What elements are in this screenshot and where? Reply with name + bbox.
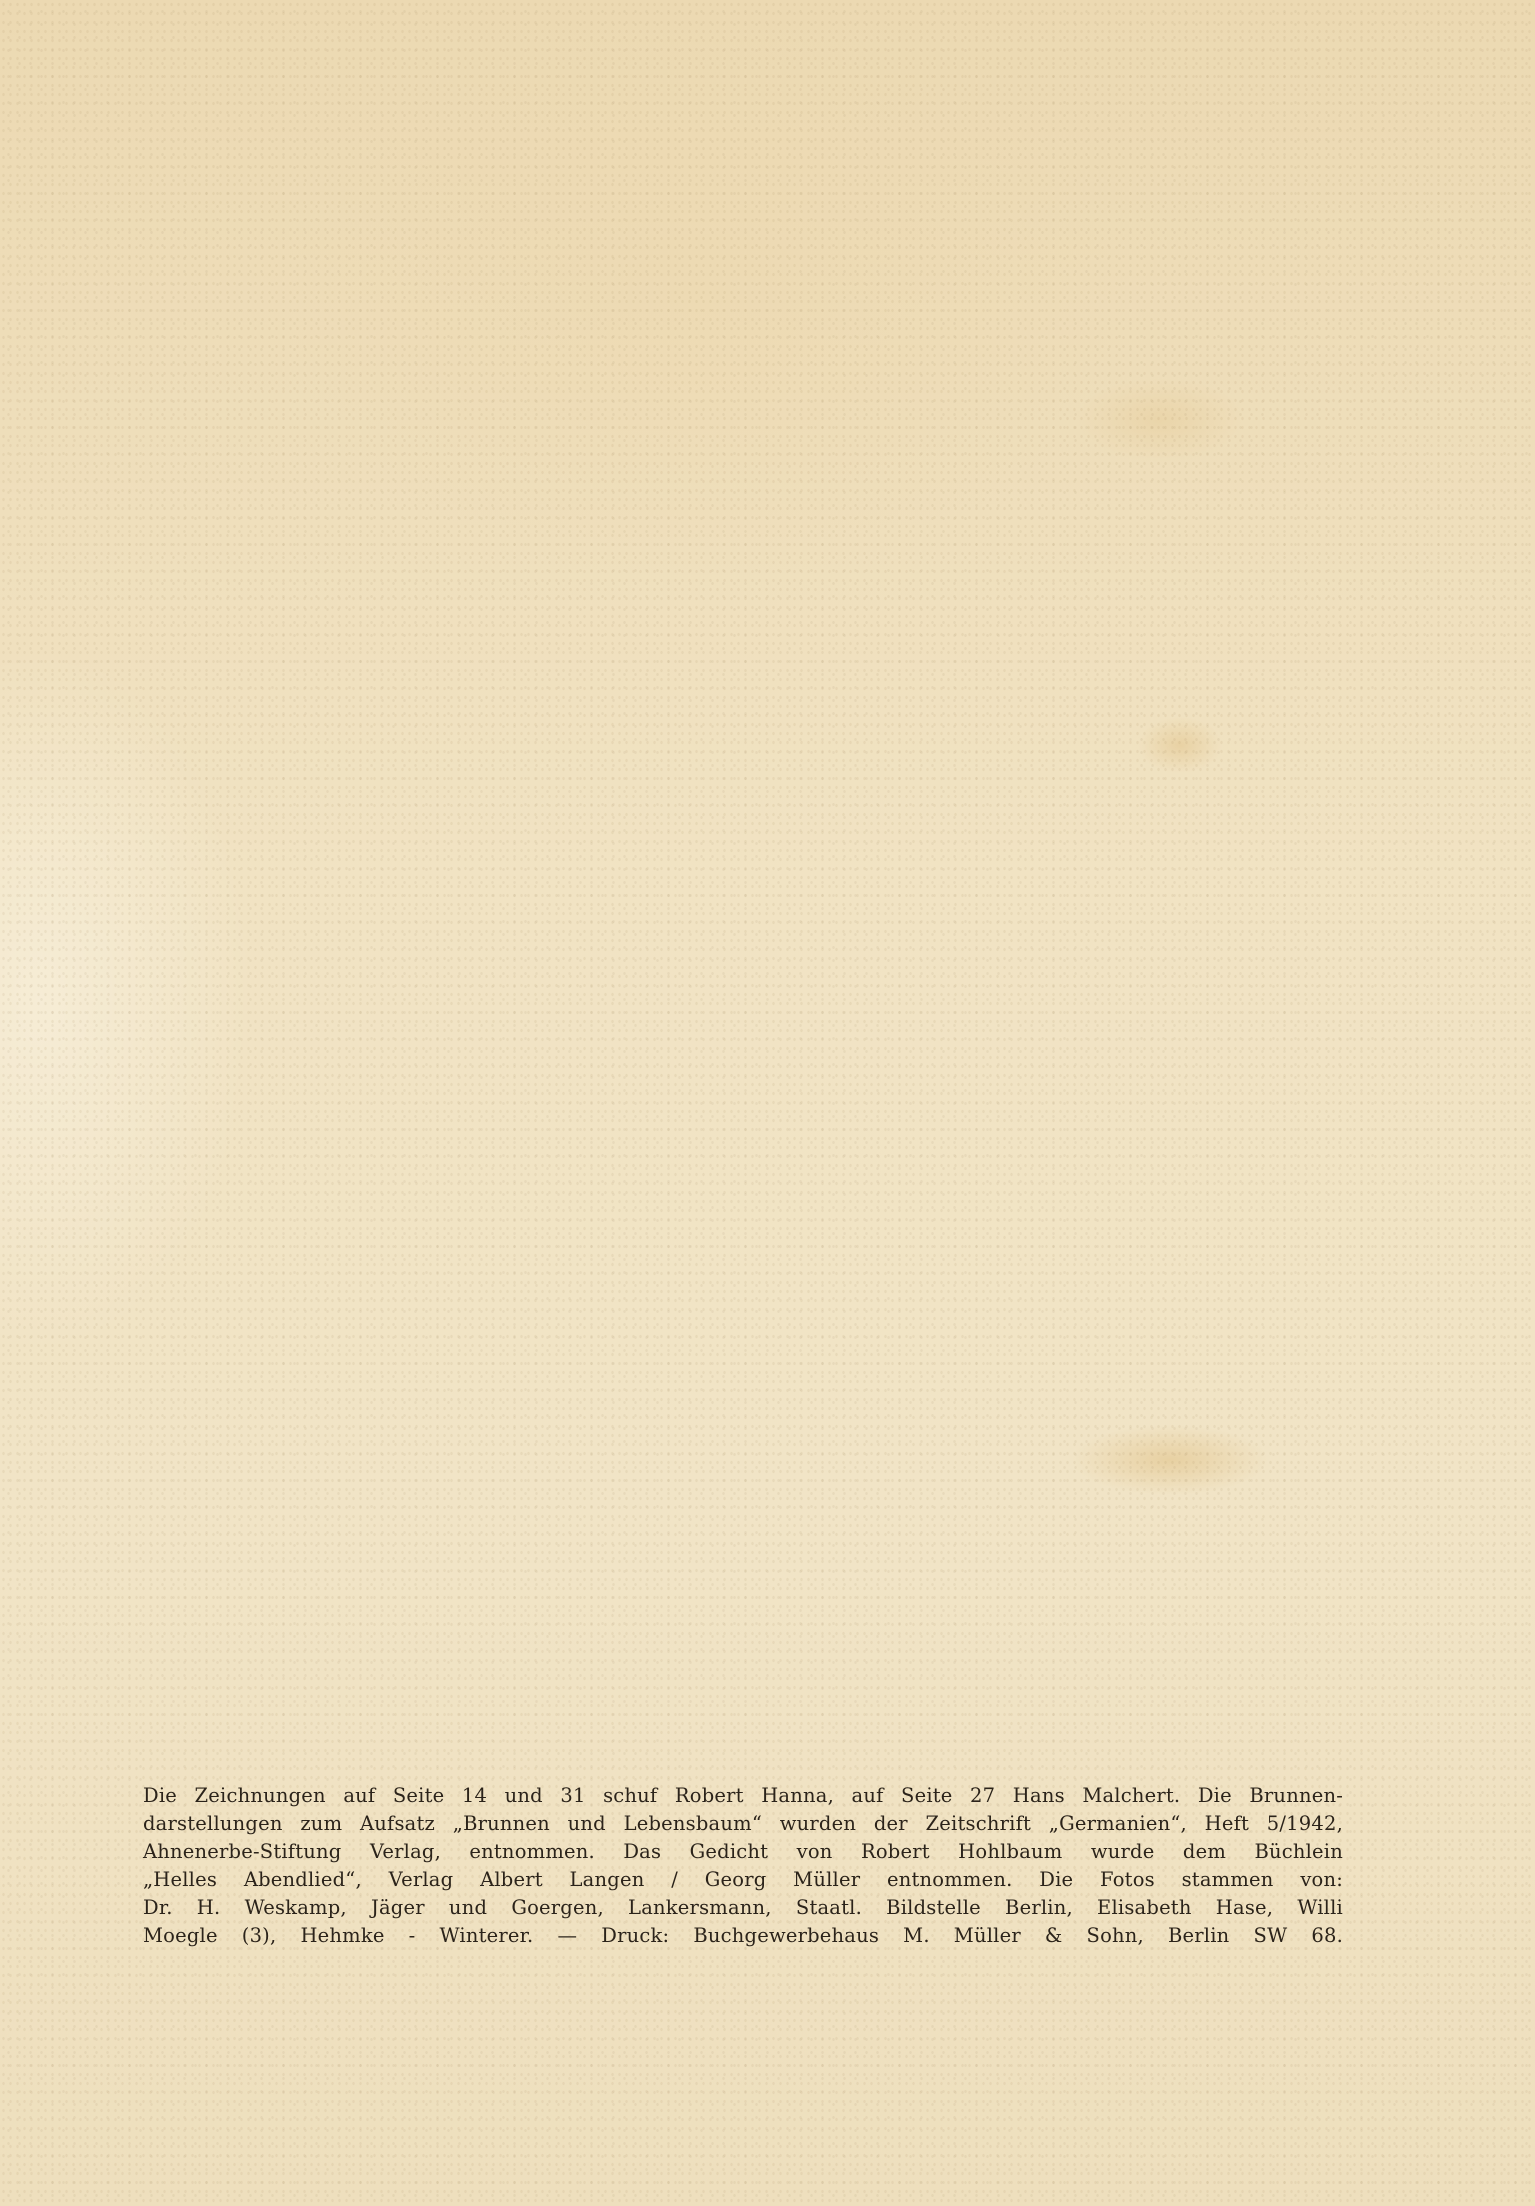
credits-line-4: „Helles Abendlied“, Verlag Albert Langen… <box>143 1866 1343 1894</box>
credits-line-1: Die Zeichnungen auf Seite 14 und 31 schu… <box>143 1782 1343 1810</box>
document-page: Die Zeichnungen auf Seite 14 und 31 schu… <box>0 0 1535 2206</box>
credits-line-6: Moegle (3), Hehmke - Winterer. — Druck: … <box>143 1922 1343 1950</box>
credits-line-3: Ahnenerbe-Stiftung Verlag, entnommen. Da… <box>143 1838 1343 1866</box>
credits-line-5: Dr. H. Weskamp, Jäger und Goergen, Lanke… <box>143 1894 1343 1922</box>
credits-paragraph: Die Zeichnungen auf Seite 14 und 31 schu… <box>143 1782 1343 1950</box>
credits-line-2: darstellungen zum Aufsatz „Brunnen und L… <box>143 1810 1343 1838</box>
